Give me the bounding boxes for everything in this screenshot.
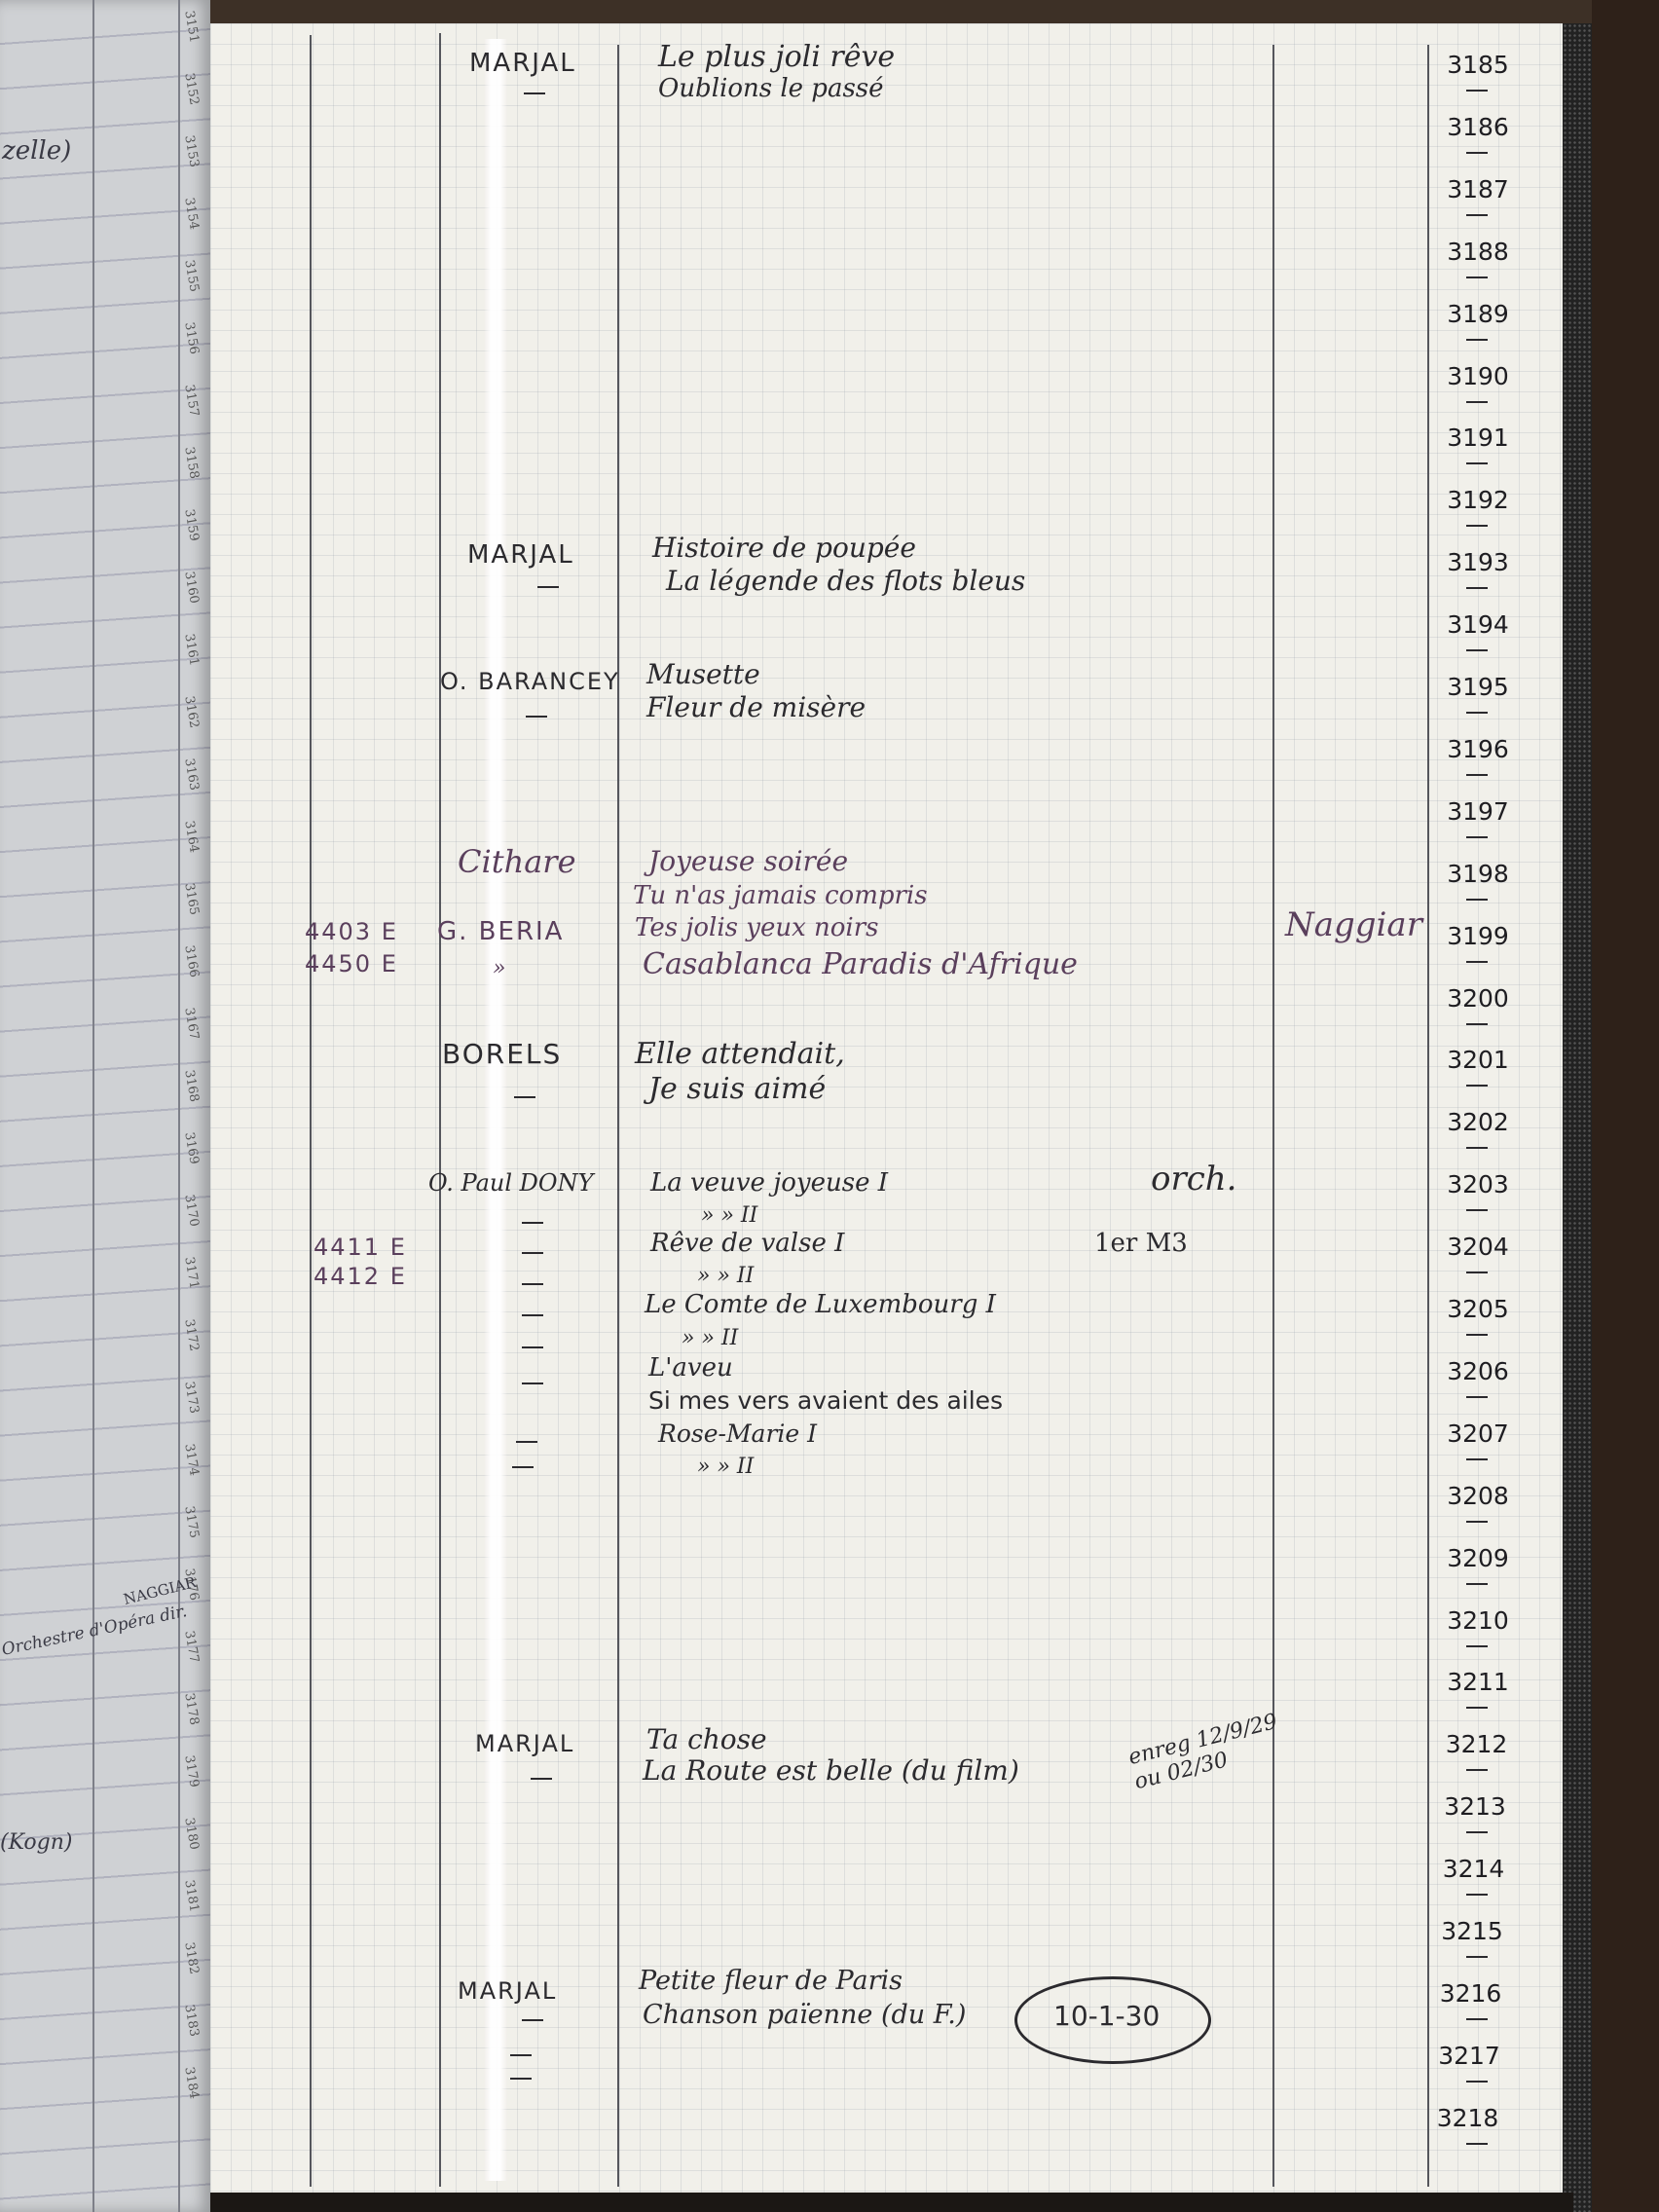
sequence-number: 3193: [1439, 548, 1517, 576]
entry-artist: O. Paul DONY: [428, 1168, 593, 1198]
left-note: NAGGIAR: [122, 1573, 198, 1608]
left-page-rule: [178, 0, 180, 2212]
sequence-number: 3210: [1439, 1606, 1517, 1635]
separator-dash: [1466, 214, 1488, 216]
column-rule: [1427, 45, 1429, 2187]
ditto-dash: [522, 1382, 543, 1384]
entry-title: Joyeuse soirée: [648, 847, 848, 876]
entry-title: » » II: [682, 1324, 738, 1353]
separator-dash: [1466, 339, 1488, 341]
left-page-number: 3159: [181, 508, 202, 542]
sequence-number: 3195: [1439, 673, 1517, 701]
separator-dash: [1466, 1583, 1488, 1585]
separator-dash: [1466, 1521, 1488, 1523]
sequence-number: 3190: [1439, 362, 1517, 390]
sequence-number: 3215: [1433, 1917, 1511, 1945]
ditto-mark: »: [493, 954, 505, 983]
ditto-dash: [516, 1441, 537, 1443]
sequence-number: 3198: [1439, 860, 1517, 888]
separator-dash: [1466, 836, 1488, 838]
left-page-number: 3180: [181, 1817, 202, 1851]
catalog-number: 4450 E: [305, 949, 398, 978]
ditto-dash: [522, 1346, 543, 1348]
book-edge-top: [210, 0, 1659, 25]
left-page-rule: [92, 0, 94, 2212]
sequence-number: 3204: [1439, 1233, 1517, 1261]
catalog-number: 4411 E: [313, 1233, 407, 1262]
entry-artist: BORELS: [442, 1040, 562, 1069]
separator-dash: [1466, 774, 1488, 776]
left-page-number: 3158: [181, 446, 202, 480]
left-note: (Kogn): [0, 1830, 73, 1855]
sequence-number: 3202: [1439, 1108, 1517, 1136]
column-rule: [439, 33, 441, 2187]
separator-dash: [1466, 2081, 1488, 2083]
entry-title: La légende des flots bleus: [666, 567, 1025, 596]
sequence-number: 3186: [1439, 113, 1517, 141]
left-page-number: 3165: [181, 882, 202, 916]
sequence-number: 3213: [1436, 1792, 1514, 1821]
sequence-number: 3203: [1439, 1170, 1517, 1198]
sequence-number: 3211: [1439, 1668, 1517, 1696]
ditto-dash: [522, 1252, 543, 1254]
separator-dash: [1466, 712, 1488, 714]
left-page-number: 3171: [181, 1256, 202, 1290]
left-page-number: 3168: [181, 1069, 202, 1103]
entry-title: Fleur de misère: [646, 693, 866, 722]
separator-dash: [1466, 1458, 1488, 1460]
entry-title: Le plus joli rêve: [658, 43, 895, 72]
entry-artist: MARJAL: [458, 1976, 557, 2006]
sequence-number: 3206: [1439, 1357, 1517, 1385]
entry-artist: MARJAL: [475, 1729, 574, 1758]
separator-dash: [1466, 1272, 1488, 1273]
separator-dash: [1466, 2143, 1488, 2145]
left-page-number: 3170: [181, 1194, 202, 1228]
separator-dash: [1466, 1769, 1488, 1771]
entry-title: Ta chose: [646, 1725, 767, 1754]
book-cover: [1592, 0, 1659, 2212]
left-page-number: 3177: [181, 1630, 202, 1664]
left-page-number: 3155: [181, 259, 202, 293]
left-page-number: 3175: [181, 1505, 202, 1539]
left-page-number: 3152: [181, 72, 202, 106]
entry-title: Casablanca Paradis d'Afrique: [643, 950, 1078, 979]
sequence-number: 3185: [1439, 51, 1517, 79]
left-page-number: 3151: [181, 10, 202, 44]
sequence-number: 3208: [1439, 1482, 1517, 1510]
entry-artist: O. BARANCEY: [440, 667, 620, 696]
left-page-number: 3164: [181, 820, 202, 854]
left-page-number: 3174: [181, 1443, 202, 1477]
circled-date-text: 10-1-30: [1053, 2002, 1160, 2031]
left-page-number: 3162: [181, 695, 202, 729]
sequence-number: 3199: [1439, 922, 1517, 950]
ditto-dash: [514, 1096, 535, 1098]
sequence-number: 3217: [1430, 2042, 1508, 2070]
separator-dash: [1466, 276, 1488, 278]
separator-dash: [1466, 649, 1488, 651]
separator-dash: [1466, 1209, 1488, 1211]
sequence-number: 3216: [1432, 1979, 1510, 2008]
sequence-number: 3194: [1439, 610, 1517, 639]
separator-dash: [1466, 1894, 1488, 1896]
correction-fluid-strip: [484, 39, 507, 2181]
sequence-number: 3212: [1438, 1730, 1516, 1758]
left-page-number: 3166: [181, 944, 202, 978]
ditto-dash: [522, 1283, 543, 1285]
entry-artist: Cithare: [458, 847, 576, 876]
left-page-number: 3179: [181, 1754, 202, 1788]
ditto-dash: [512, 1466, 534, 1468]
column-rule: [310, 35, 312, 2187]
entry-title: » » II: [697, 1453, 754, 1482]
ditto-dash: [510, 2078, 532, 2080]
sequence-number: 3205: [1439, 1295, 1517, 1323]
separator-dash: [1466, 401, 1488, 403]
left-page-number: 3161: [181, 633, 202, 667]
sequence-number: 3214: [1435, 1855, 1513, 1883]
ditto-dash: [537, 586, 559, 588]
entry-title: La veuve joyeuse I: [650, 1168, 888, 1198]
ledger-page: [210, 23, 1563, 2193]
entry-artist: MARJAL: [467, 540, 574, 570]
sequence-number: 3197: [1439, 797, 1517, 826]
left-page-number: 3160: [181, 571, 202, 605]
entry-artist: G. BERIA: [437, 917, 564, 946]
left-page-number: 3183: [181, 2004, 202, 2038]
ditto-dash: [524, 92, 545, 94]
column-rule: [1272, 45, 1274, 2187]
sequence-number: 3196: [1439, 735, 1517, 763]
separator-dash: [1466, 152, 1488, 154]
entry-title: Petite fleur de Paris: [639, 1967, 903, 1996]
sequence-number: 3191: [1439, 424, 1517, 452]
entry-artist: MARJAL: [469, 49, 576, 78]
separator-dash: [1466, 1396, 1488, 1398]
left-page-number: 3167: [181, 1007, 202, 1041]
left-page-number: 3169: [181, 1131, 202, 1165]
sequence-number: 3187: [1439, 175, 1517, 203]
separator-dash: [1466, 1831, 1488, 1833]
separator-dash: [1466, 961, 1488, 963]
sequence-number: 3209: [1439, 1544, 1517, 1572]
entry-title: Oublions le passé: [658, 74, 884, 103]
entry-title: Si mes vers avaient des ailes: [648, 1386, 1003, 1416]
entry-remark: 1er M3: [1094, 1229, 1188, 1258]
catalog-number: 4412 E: [313, 1262, 407, 1291]
left-page-number: 3181: [181, 1879, 202, 1913]
separator-dash: [1466, 1334, 1488, 1336]
separator-dash: [1466, 2018, 1488, 2020]
left-page-number: 3156: [181, 321, 202, 355]
left-page-number: 3173: [181, 1381, 202, 1415]
separator-dash: [1466, 90, 1488, 92]
ditto-dash: [531, 1778, 552, 1780]
sequence-number: 3189: [1439, 300, 1517, 328]
entry-title: Chanson païenne (du F.): [643, 2001, 966, 2030]
entry-title: » » II: [701, 1201, 757, 1231]
entry-title: Musette: [646, 660, 760, 689]
left-note: zelle): [2, 136, 71, 166]
separator-dash: [1466, 899, 1488, 901]
entry-title: La Route est belle (du film): [643, 1756, 1019, 1786]
ditto-dash: [522, 1314, 543, 1316]
sequence-number: 3192: [1439, 486, 1517, 514]
left-page-number: 3157: [181, 384, 202, 418]
separator-dash: [1466, 587, 1488, 589]
separator-dash: [1466, 1147, 1488, 1149]
left-page-number: 3178: [181, 1692, 202, 1726]
entry-title: Tu n'as jamais compris: [633, 881, 928, 910]
left-page-number: 3172: [181, 1318, 202, 1352]
entry-title: » » II: [697, 1262, 754, 1291]
entry-title: Je suis aimé: [648, 1075, 826, 1104]
separator-dash: [1466, 1645, 1488, 1647]
book-edge-bottom: [210, 2193, 1573, 2212]
book-binding: [1563, 23, 1592, 2212]
sequence-number: 3200: [1439, 984, 1517, 1013]
separator-dash: [1466, 1956, 1488, 1958]
entry-title: Rose-Marie I: [658, 1419, 817, 1449]
separator-dash: [1466, 1707, 1488, 1709]
entry-remark: orch.: [1151, 1164, 1236, 1194]
catalog-number: 4403 E: [305, 917, 398, 946]
sequence-number: 3207: [1439, 1419, 1517, 1448]
ditto-dash: [510, 2054, 532, 2056]
left-page-number: 3154: [181, 197, 202, 231]
separator-dash: [1466, 525, 1488, 527]
column-rule: [617, 45, 619, 2187]
sequence-number: 3218: [1429, 2104, 1507, 2132]
entry-title: Elle attendait,: [635, 1040, 845, 1069]
ditto-dash: [522, 1222, 543, 1224]
entry-title: Histoire de poupée: [652, 534, 916, 563]
entry-remark: Naggiar: [1285, 910, 1422, 940]
sequence-number: 3201: [1439, 1046, 1517, 1074]
entry-title: L'aveu: [648, 1353, 733, 1382]
entry-title: Tes jolis yeux noirs: [635, 913, 879, 942]
left-page-number: 3182: [181, 1941, 202, 1975]
entry-title: Le Comte de Luxembourg I: [645, 1290, 996, 1319]
ditto-dash: [522, 2019, 543, 2021]
separator-dash: [1466, 462, 1488, 464]
left-page-number: 3153: [181, 134, 202, 168]
separator-dash: [1466, 1085, 1488, 1087]
left-page: 3151315231533154315531563157315831593160…: [0, 0, 210, 2212]
left-page-number: 3163: [181, 757, 202, 792]
ditto-dash: [526, 716, 547, 718]
left-page-number: 3184: [181, 2066, 202, 2100]
entry-title: Rêve de valse I: [650, 1229, 844, 1258]
sequence-number: 3188: [1439, 238, 1517, 266]
separator-dash: [1466, 1023, 1488, 1025]
